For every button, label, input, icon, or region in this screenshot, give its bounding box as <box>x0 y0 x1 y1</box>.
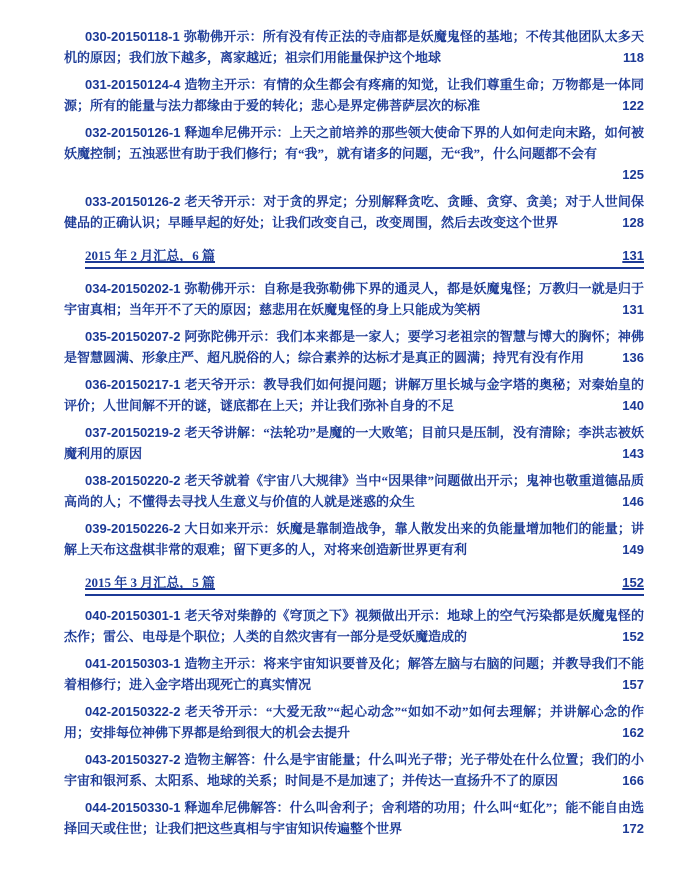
section-page-number: 131 <box>622 245 644 266</box>
toc-entry: 038-20150220-2老天爷就着《宇宙八大规律》当中“因果律”问题做出开示… <box>64 470 644 512</box>
section-label: 2015 年 3 月汇总，5 篇 <box>85 572 215 593</box>
entry-number: 044-20150330-1 <box>85 800 180 815</box>
toc-section-heading: 2015 年 2 月汇总，6 篇 131 <box>85 245 644 269</box>
toc-entry: 030-20150118-1弥勒佛开示：所有没有传正法的寺庙都是妖魔鬼怪的基地；… <box>64 26 644 68</box>
entry-number: 034-20150202-1 <box>85 281 180 296</box>
entry-page-number: 143 <box>601 443 644 464</box>
entry-number: 043-20150327-2 <box>85 752 180 767</box>
toc-entry: 042-20150322-2老天爷开示：“大爱无敌”“起心动念”“如如不动”如何… <box>64 701 644 743</box>
entry-page-number: 162 <box>601 722 644 743</box>
entry-page-number: 149 <box>601 539 644 560</box>
toc-entry: 040-20150301-1老天爷对柴静的《穹顶之下》视频做出开示：地球上的空气… <box>64 605 644 647</box>
entry-page-number: 166 <box>601 770 644 791</box>
toc-entry: 041-20150303-1造物主开示：将来宇宙知识要普及化；解答左脑与右脑的问… <box>64 653 644 695</box>
entry-page-number: 172 <box>601 818 644 839</box>
entry-number: 032-20150126-1 <box>85 125 180 140</box>
section-page-number: 152 <box>622 572 644 593</box>
entry-page-number: 118 <box>602 47 644 68</box>
entry-page-number: 140 <box>601 395 644 416</box>
toc-entry: 033-20150126-2老天爷开示：对于贪的界定；分别解释贪吃、贪睡、贪穿、… <box>64 191 644 233</box>
toc-entry: 039-20150226-2大日如来开示：妖魔是靠制造战争，靠人散发出来的负能量… <box>64 518 644 560</box>
toc-entry: 036-20150217-1老天爷开示：教导我们如何提问题；讲解万里长城与金字塔… <box>64 374 644 416</box>
entry-number: 031-20150124-4 <box>85 77 180 92</box>
section-label: 2015 年 2 月汇总，6 篇 <box>85 245 215 266</box>
toc-entry: 043-20150327-2造物主解答：什么是宇宙能量；什么叫光子带；光子带处在… <box>64 749 644 791</box>
entry-page-number: 146 <box>601 491 644 512</box>
toc-entry: 032-20150126-1释迦牟尼佛开示：上天之前培养的那些领大使命下界的人如… <box>64 122 644 185</box>
toc-entry: 031-20150124-4造物主开示：有情的众生都会有疼痛的知觉，让我们尊重生… <box>64 74 644 116</box>
toc-entry: 044-20150330-1释迦牟尼佛解答：什么叫舍利子；舍利塔的功用；什么叫“… <box>64 797 644 839</box>
entry-number: 035-20150207-2 <box>85 329 180 344</box>
entry-page-number: 152 <box>601 626 644 647</box>
entry-page-number: 131 <box>601 299 644 320</box>
entry-number: 033-20150126-2 <box>85 194 180 209</box>
entry-page-number: 128 <box>601 212 644 233</box>
entry-number: 039-20150226-2 <box>85 521 180 536</box>
toc-entry: 034-20150202-1弥勒佛开示：自称是我弥勒佛下界的通灵人，都是妖魔鬼怪… <box>64 278 644 320</box>
entry-page-number: 157 <box>601 674 644 695</box>
entry-page-number: 125 <box>601 164 644 185</box>
entry-number: 037-20150219-2 <box>85 425 180 440</box>
entry-number: 040-20150301-1 <box>85 608 180 623</box>
entry-number: 042-20150322-2 <box>85 704 180 719</box>
toc-entry: 037-20150219-2老天爷讲解：“法轮功”是魔的一大败笔；目前只是压制，… <box>64 422 644 464</box>
entry-number: 041-20150303-1 <box>85 656 180 671</box>
entry-number: 036-20150217-1 <box>85 377 180 392</box>
toc-entry: 035-20150207-2阿弥陀佛开示：我们本来都是一家人；要学习老祖宗的智慧… <box>64 326 644 368</box>
toc-section-heading: 2015 年 3 月汇总，5 篇 152 <box>85 572 644 596</box>
entry-page-number: 122 <box>601 95 644 116</box>
entry-page-number: 136 <box>601 347 644 368</box>
toc-page: 030-20150118-1弥勒佛开示：所有没有传正法的寺庙都是妖魔鬼怪的基地；… <box>0 0 687 869</box>
entry-number: 030-20150118-1 <box>85 29 180 44</box>
entry-number: 038-20150220-2 <box>85 473 180 488</box>
